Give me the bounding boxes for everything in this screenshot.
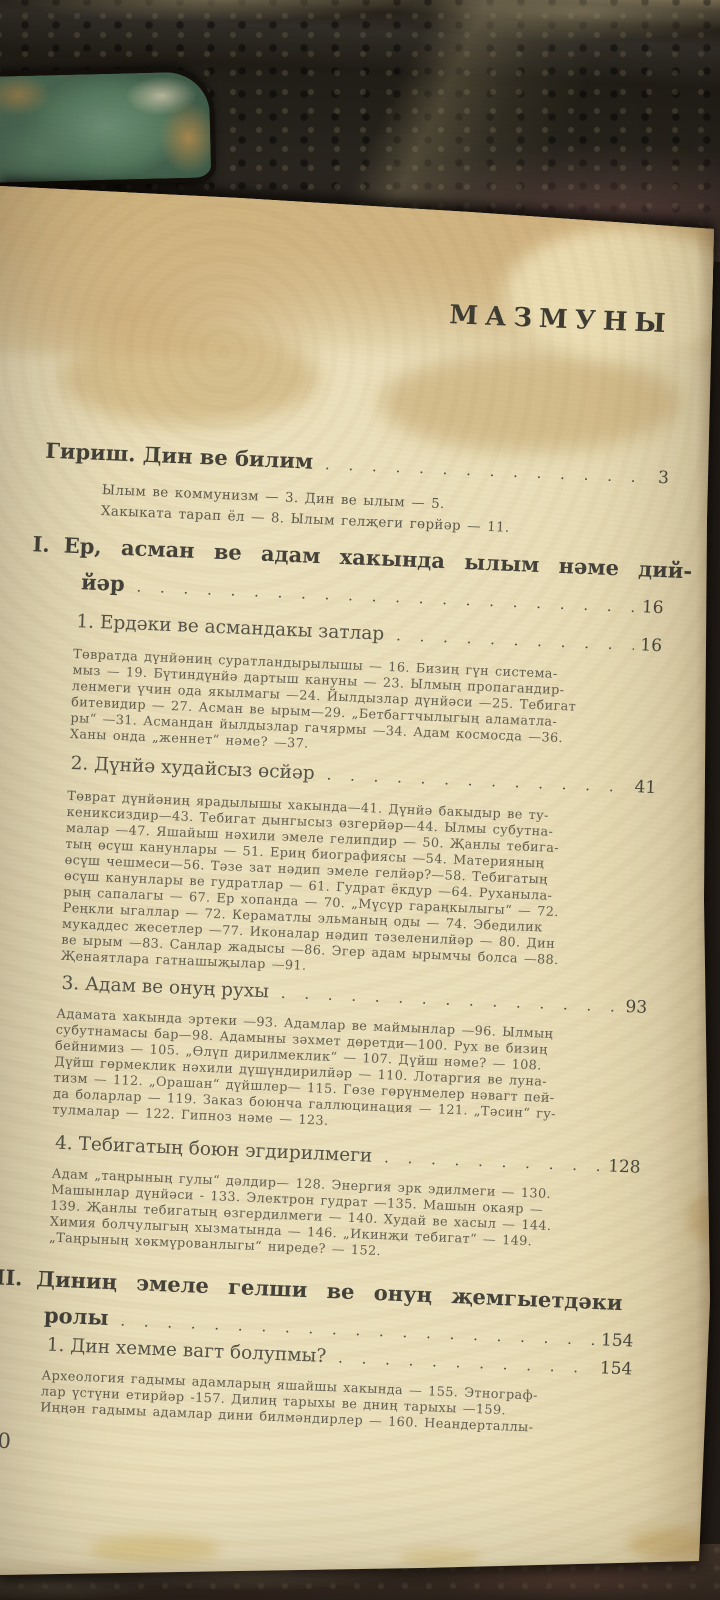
- paper-stain-edge: [688, 1195, 718, 1241]
- paper-stain-top: [0, 150, 720, 355]
- toc-entry-2-1: 1. Дин хемме вагт болупмы? . . . . . . .…: [46, 1335, 632, 1380]
- entry-details: Адам „таңрының гулы“ дәлдир— 128. Энерги…: [49, 1167, 553, 1267]
- entry-label: 4. Тебигатың боюн эгдирилмеги: [55, 1133, 373, 1167]
- paper-light-patch: [505, 228, 720, 358]
- dot-leader: . . . . . . . . . . . . . . . . . . . . …: [338, 1348, 594, 1376]
- entry-details: Ылым ве коммунизм — 3. Дин ве ылым — 5. …: [101, 480, 511, 539]
- dot-leader: . . . . . . . . . . . . . . . . . . . . …: [396, 626, 635, 654]
- paper-stain-bottom: [628, 1528, 713, 1560]
- entry-label: 1. Ердәки ве асмандакы затлар: [76, 611, 385, 645]
- dot-leader: . . . . . . . . . . . . . . . . . . . . …: [384, 1148, 603, 1175]
- dot-leader: . . . . . . . . . . . . . . . . . . . . …: [281, 984, 620, 1016]
- part-label-line2: ролы: [44, 1302, 110, 1330]
- book-photo: МАЗМУНЫ Гириш. Дин ве билим . . . . . . …: [0, 0, 720, 1600]
- toc-entry-1-3: 3. Адам ве онуң рухы . . . . . . . . . .…: [61, 973, 647, 1018]
- entry-page-number: 16: [642, 597, 664, 618]
- page-wrap: МАЗМУНЫ Гириш. Дин ве билим . . . . . . …: [0, 0, 720, 1600]
- part-label-line2: йәр: [81, 569, 126, 596]
- toc-entry-1-2: 2. Дүнйә худайсыз өсйәр . . . . . . . . …: [70, 753, 656, 798]
- paper-stain-blob: [60, 330, 320, 425]
- toc-entry-part-1-line2: йәр . . . . . . . . . . . . . . . . . . …: [81, 569, 665, 618]
- part-numeral: II.: [0, 1264, 23, 1290]
- book-page: МАЗМУНЫ Гириш. Дин ве билим . . . . . . …: [0, 0, 720, 1600]
- paper-stain-bottom: [90, 1535, 220, 1563]
- page-title: МАЗМУНЫ: [449, 300, 673, 339]
- page-edge-shadow-right: [696, 180, 720, 1570]
- page-edge-shadow-bottom: [0, 1558, 720, 1580]
- dot-leader: . . . . . . . . . . . . . . . . . . . . …: [325, 455, 653, 486]
- dot-leader: . . . . . . . . . . . . . . . . . . . . …: [326, 766, 629, 796]
- page-number-folio: 370: [0, 1427, 11, 1453]
- entry-page-number: 154: [599, 1358, 632, 1379]
- entry-details: Төврат дүнйәниң ярадылышы хакында—41. Дү…: [60, 789, 564, 985]
- entry-page-number: 154: [601, 1330, 634, 1351]
- entry-details: Адамата хакында эртеки —93. Адамлар ве м…: [52, 1007, 559, 1140]
- toc-entry-1-1: 1. Ердәки ве асмандакы затлар . . . . . …: [76, 611, 662, 656]
- paper-stain-blob: [380, 352, 680, 452]
- paper-stain-bottom: [400, 1548, 480, 1566]
- part-label-line1: Ер, асман ве адам хакында ылым нәме дий-: [63, 533, 692, 584]
- dot-leader: . . . . . . . . . . . . . . . . . . . . …: [120, 1312, 595, 1349]
- toc-entry-part-2-line2: ролы . . . . . . . . . . . . . . . . . .…: [44, 1302, 635, 1351]
- entry-label: 2. Дүнйә худайсыз өсйәр: [70, 753, 315, 784]
- entry-page-number: 41: [634, 777, 656, 798]
- entry-page-number: 128: [608, 1156, 641, 1177]
- entry-label: 3. Адам ве онуң рухы: [61, 973, 269, 1002]
- toc-content: МАЗМУНЫ Гириш. Дин ве билим . . . . . . …: [0, 242, 702, 1589]
- toc-entry-intro: Гириш. Дин ве билим . . . . . . . . . . …: [45, 438, 670, 489]
- toc-entry-part-2: II. Диниң эмеле гелши ве онуң җемгыетдәк…: [0, 1264, 623, 1315]
- toc-entry-part-1: I. Ер, асман ве адам хакында ылым нәме д…: [32, 531, 692, 583]
- entry-page-number: 93: [625, 997, 647, 1018]
- entry-page-number: 3: [658, 468, 670, 488]
- entry-label: 1. Дин хемме вагт болупмы?: [46, 1335, 326, 1367]
- entry-details: Төвратда дүнйәниң суратландырылышы — 16.…: [70, 647, 578, 764]
- toc-entry-1-4: 4. Тебигатың боюн эгдирилмеги . . . . . …: [55, 1133, 641, 1178]
- part-numeral: I.: [32, 531, 50, 557]
- entry-page-number: 16: [640, 635, 662, 656]
- part-label-line1: Диниң эмеле гелши ве онуң җемгыетдәки: [36, 1266, 623, 1315]
- entry-label: Гириш. Дин ве билим: [45, 438, 314, 474]
- dot-leader: . . . . . . . . . . . . . . . . . . . . …: [136, 578, 636, 616]
- entry-details: Археология гадымы адамларың яшайшы хакын…: [40, 1368, 538, 1436]
